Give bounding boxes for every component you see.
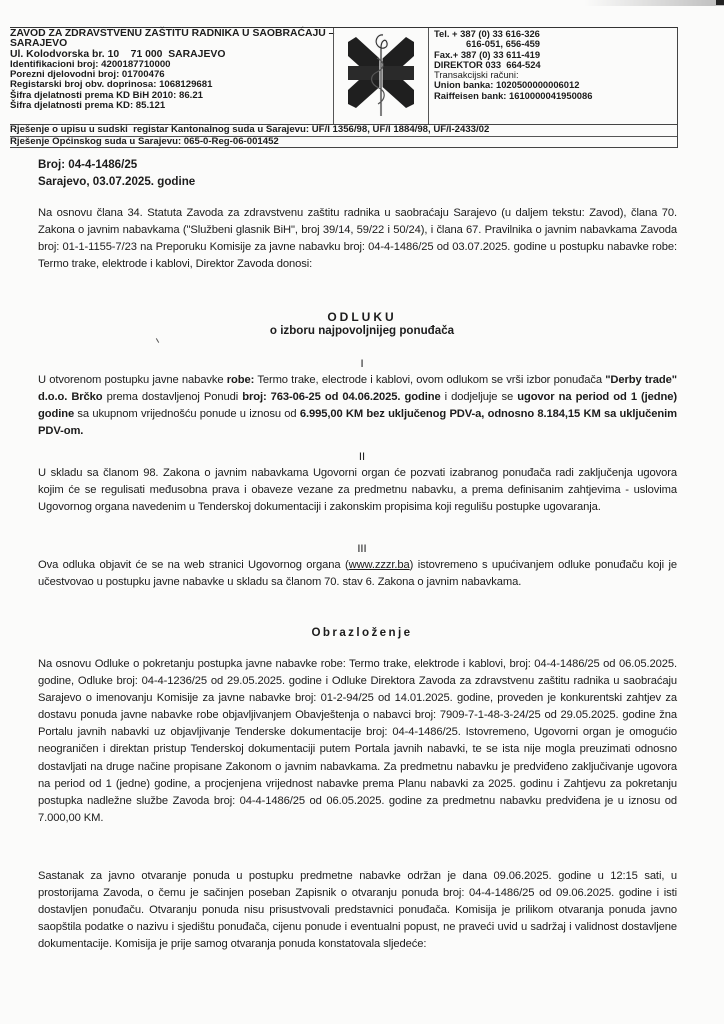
section-3-text: Ova odluka objavit će se na web stranici… (38, 557, 677, 591)
section-1-emphasis: robe: (227, 374, 254, 386)
reasoning-title: Obrazloženje (0, 626, 724, 639)
decision-title: ODLUKU (0, 310, 724, 324)
section-1-run: Termo trake, electrode i kablovi, ovom o… (254, 374, 605, 386)
scan-corner-mark (716, 0, 724, 5)
section-numeral-1: I (0, 358, 724, 370)
court-registration: Rješenje o upisu u sudski registar Kanto… (10, 125, 677, 147)
document-meta: Broj: 04-4-1486/25 Sarajevo, 03.07.2025.… (38, 156, 195, 190)
letterhead: ZAVOD ZA ZDRAVSTVENU ZAŠTITU RADNIKA U S… (10, 27, 678, 148)
section-3-text-before: Ova odluka objavit će se na web stranici… (38, 559, 349, 571)
scan-speck (156, 338, 159, 343)
org-activity-code-2: Šifra djelatnosti prema KD: 85.121 (10, 101, 333, 111)
court-registration-1: Rješenje o upisu u sudski registar Kanto… (10, 125, 677, 136)
court-registration-2: Rješenje Općinskog suda u Sarajevu: 065-… (10, 136, 677, 148)
decision-subtitle: o izboru najpovoljnijeg ponuđača (0, 324, 724, 337)
section-1-run: prema dostavljenoj Ponudi (103, 391, 243, 403)
section-numeral-3: III (0, 543, 724, 555)
letterhead-main-row: ZAVOD ZA ZDRAVSTVENU ZAŠTITU RADNIKA U S… (10, 28, 677, 125)
section-1-emphasis: broj: 763-06-25 od 04.06.2025. godine (242, 391, 440, 403)
section-2-text: U skladu sa članom 98. Zakona o javnim n… (38, 465, 677, 516)
reasoning-paragraph-2: Sastanak za javno otvaranje ponuda u pos… (38, 868, 677, 953)
scan-edge-shadow (584, 0, 724, 6)
raiffeisen-bank-account: Raiffeisen bank: 1610000041950086 (434, 91, 592, 101)
section-1-run: i dodjeljuje se (441, 391, 518, 403)
contact-info: Tel. + 387 (0) 33 616-326 616-051, 656-4… (434, 29, 592, 101)
organization-info: ZAVOD ZA ZDRAVSTVENU ZAŠTITU RADNIKA U S… (10, 29, 333, 111)
logo-cell (333, 28, 429, 124)
document-place-date: Sarajevo, 03.07.2025. godine (38, 173, 195, 190)
preamble: Na osnovu člana 34. Statuta Zavoda za zd… (38, 205, 677, 273)
website-link[interactable]: www.zzzr.ba (349, 559, 410, 571)
section-1-text: U otvorenom postupku javne nabavke robe:… (38, 372, 677, 440)
section-numeral-2: II (0, 451, 724, 463)
document-number: Broj: 04-4-1486/25 (38, 156, 195, 173)
section-1-run: U otvorenom postupku javne nabavke (38, 374, 227, 386)
caduceus-cross-logo-icon (334, 28, 428, 124)
reasoning-paragraph-1: Na osnovu Odluke o pokretanju postupka j… (38, 656, 677, 827)
section-1-run: sa ukupnom vrijednošću ponude u iznosu o… (74, 408, 300, 420)
